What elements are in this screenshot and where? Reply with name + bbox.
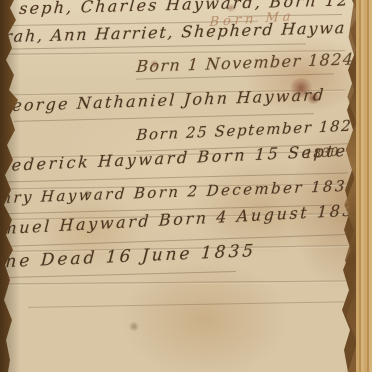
handwriting-line-born-1827: Born 25 September 1827 — [136, 116, 364, 144]
handwriting-line-dead-1835: ne Dead 16 June 1835 — [5, 241, 257, 272]
aged-paper-page: seph, Charles Hayward, Born 12 A Born Ma… — [0, 0, 372, 372]
ruled-line — [28, 301, 358, 308]
handwriting-line-sarah-ann: rah, Ann Harriet, Shepherd Haywa — [4, 18, 347, 46]
handwriting-line-samuel: muel Hayward Born 4 August 1834 — [1, 200, 369, 238]
page-stack-edge — [356, 0, 372, 372]
photo-of-handwritten-register-page: seph, Charles Hayward, Born 12 A Born Ma… — [0, 0, 372, 372]
handwriting-line-george: eorge Nathaniel John Hayward — [12, 85, 327, 115]
handwriting-line-frederick: rederick Hayward Born 15 Septemb — [1, 140, 372, 176]
paper-crease — [0, 280, 348, 285]
ink-stain — [128, 322, 140, 331]
ruled-line — [6, 271, 236, 278]
